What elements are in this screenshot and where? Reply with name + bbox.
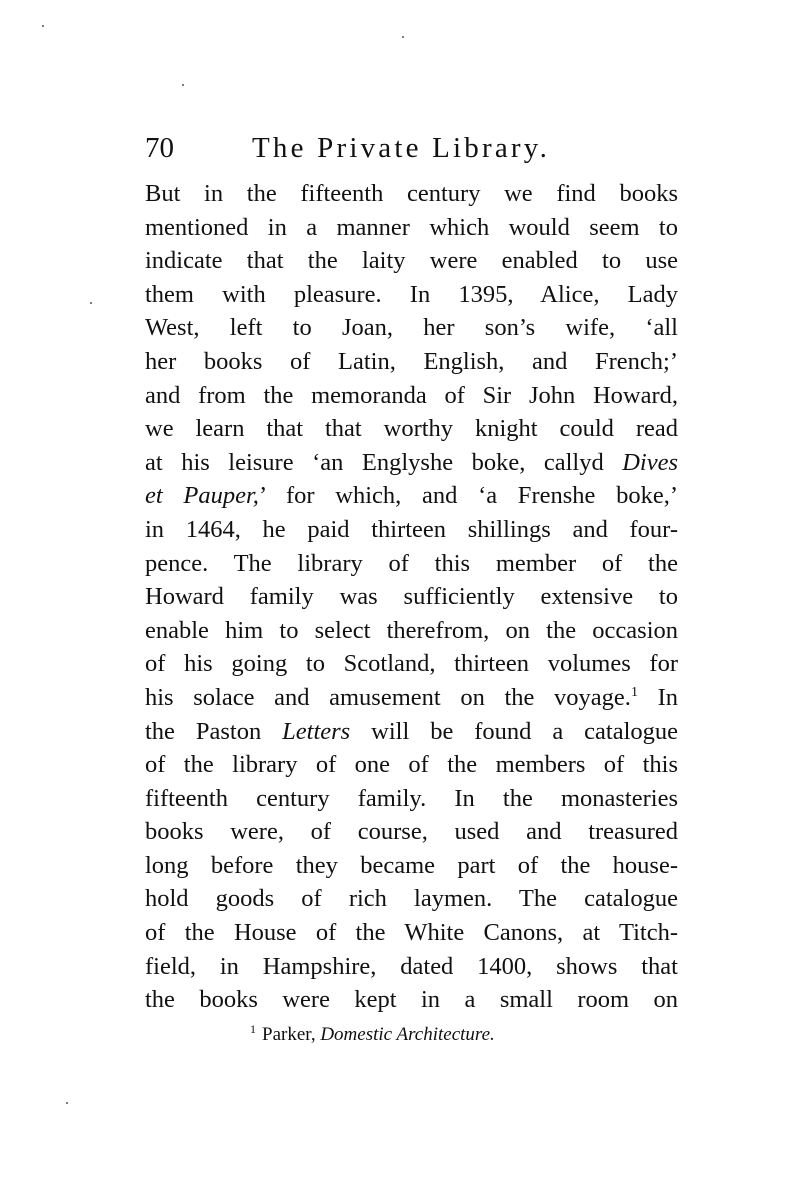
text-line: the Paston Letters will be found a catal… [145, 715, 678, 749]
text-line: long before they became part of the hous… [145, 849, 678, 883]
text-line: But in the fifteenth century we find boo… [145, 177, 678, 211]
footnote: 1Parker, Domestic Architecture. [250, 1022, 495, 1048]
footnote-author: Parker, [262, 1024, 320, 1045]
italic-title-et-pauper: et Pauper, [145, 482, 259, 509]
text-line: them with pleasure. In 1395, Alice, Lady [145, 278, 678, 312]
text-line: the books were kept in a small room on [145, 983, 678, 1017]
text-segment: will be found a catalogue [371, 718, 678, 745]
running-head: 70 The Private Library. [145, 130, 685, 166]
scan-speck [182, 84, 184, 86]
footnote-marker: 1 [250, 1022, 256, 1036]
scan-speck [402, 36, 404, 38]
text-segment: his solace and amusement on the voyage. [145, 684, 631, 711]
text-segment: ’ for which, and ‘a Frenshe boke,’ [259, 482, 678, 509]
italic-title-dives: Dives [622, 449, 678, 476]
text-line: enable him to select therefrom, on the o… [145, 614, 678, 648]
text-segment: the Paston [145, 718, 261, 745]
running-title: The Private Library. [252, 130, 550, 166]
text-line: field, in Hampshire, dated 1400, shows t… [145, 950, 678, 984]
text-line: mentioned in a manner which would seem t… [145, 211, 678, 245]
text-segment: In [658, 684, 678, 711]
text-line: in 1464, he paid thirteen shillings and … [145, 513, 678, 547]
text-line: pence. The library of this member of the [145, 547, 678, 581]
text-line: hold goods of rich laymen. The catalogue [145, 882, 678, 916]
scan-speck [66, 1102, 68, 1104]
text-line: of the library of one of the members of … [145, 748, 678, 782]
footnote-reference[interactable]: 1 [631, 685, 638, 700]
page-number: 70 [145, 130, 174, 166]
text-line: of the House of the White Canons, at Tit… [145, 916, 678, 950]
text-line: West, left to Joan, her son’s wife, ‘all [145, 311, 678, 345]
book-page: 70 The Private Library. But in the fifte… [0, 0, 792, 1200]
text-line: at his leisure ‘an Englyshe boke, callyd… [145, 446, 678, 480]
italic-title-letters: Letters [282, 718, 350, 745]
text-line: her books of Latin, English, and French;… [145, 345, 678, 379]
text-line: his solace and amusement on the voyage.1… [145, 681, 678, 715]
footnote-title: Domestic Architecture. [320, 1024, 494, 1045]
text-line: of his going to Scotland, thirteen volum… [145, 647, 678, 681]
text-line: et Pauper,’ for which, and ‘a Frenshe bo… [145, 479, 678, 513]
text-line: fifteenth century family. In the monaste… [145, 782, 678, 816]
body-text: But in the fifteenth century we find boo… [145, 177, 678, 1017]
scan-speck [42, 25, 44, 27]
text-line: indicate that the laity were enabled to … [145, 244, 678, 278]
text-line: and from the memoranda of Sir John Howar… [145, 379, 678, 413]
scan-speck [90, 302, 92, 304]
text-line: we learn that that worthy knight could r… [145, 412, 678, 446]
text-line: Howard family was sufficiently extensive… [145, 580, 678, 614]
text-segment: at his leisure ‘an Englyshe boke, callyd [145, 449, 604, 476]
text-line: books were, of course, used and treasure… [145, 815, 678, 849]
